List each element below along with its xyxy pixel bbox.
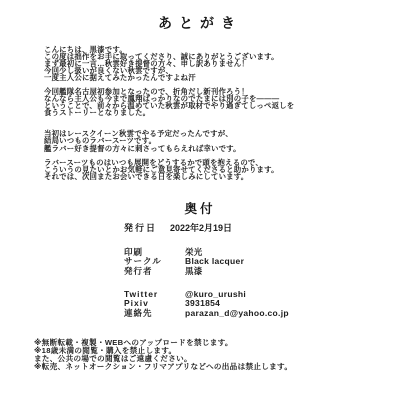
contact-row-email: 連絡先 parazan_d@yahoo.co.jp [124, 309, 289, 318]
contact-label: 連絡先 [124, 309, 185, 318]
afterword-paragraph-4: ラバースーツものはいつも展開をどうするかで頭を抱えるので、 こういうの見たいとか… [44, 159, 384, 180]
afterword-paragraph-2: 今回艦隊名古屋初参加となったので、折角だし新刊作ろう！ なんなら主人公も今まで鳳… [44, 88, 384, 116]
doujin-afterword-page: あとがき こんにちは、黒漆です。 この度は拙作をお手に取ってくださり、誠にありが… [0, 0, 400, 400]
issue-date-label: 発行日 [124, 221, 170, 234]
afterword-paragraph-1: こんにちは、黒漆です。 この度は拙作をお手に取ってくださり、誠にありがとうござい… [44, 46, 384, 81]
contact-email: parazan_d@yahoo.co.jp [185, 309, 289, 318]
credits-block: 印刷 栄光 サークル Black lacquer 発行者 黒漆 [124, 248, 244, 276]
colophon-title: 奥付 [0, 199, 400, 217]
afterword-paragraph-3: 当初はレースクイーン秋雲でやる予定だったんですが、 結局いつものラバースーツです… [44, 130, 384, 151]
credit-row-publisher: 発行者 黒漆 [124, 267, 244, 276]
issue-date-value: 2022年2月19日 [170, 221, 232, 234]
publisher-label: 発行者 [124, 267, 185, 276]
contacts-block: Twitter @kuro_urushi Pixiv 3931854 連絡先 p… [124, 290, 289, 318]
note-no-resale: ※転売、ネットオークション・フリマアプリなどへの出品は禁止します。 [34, 363, 388, 371]
legal-notes: ※無断転載・複製・WEBへのアップロードを禁じます。 ※18歳未満の閲覧・購入を… [34, 339, 388, 371]
afterword-body: こんにちは、黒漆です。 この度は拙作をお手に取ってくださり、誠にありがとうござい… [44, 46, 384, 180]
publisher-value: 黒漆 [185, 267, 203, 276]
afterword-title: あとがき [0, 13, 400, 33]
issue-date-row: 発行日 2022年2月19日 [124, 221, 232, 234]
